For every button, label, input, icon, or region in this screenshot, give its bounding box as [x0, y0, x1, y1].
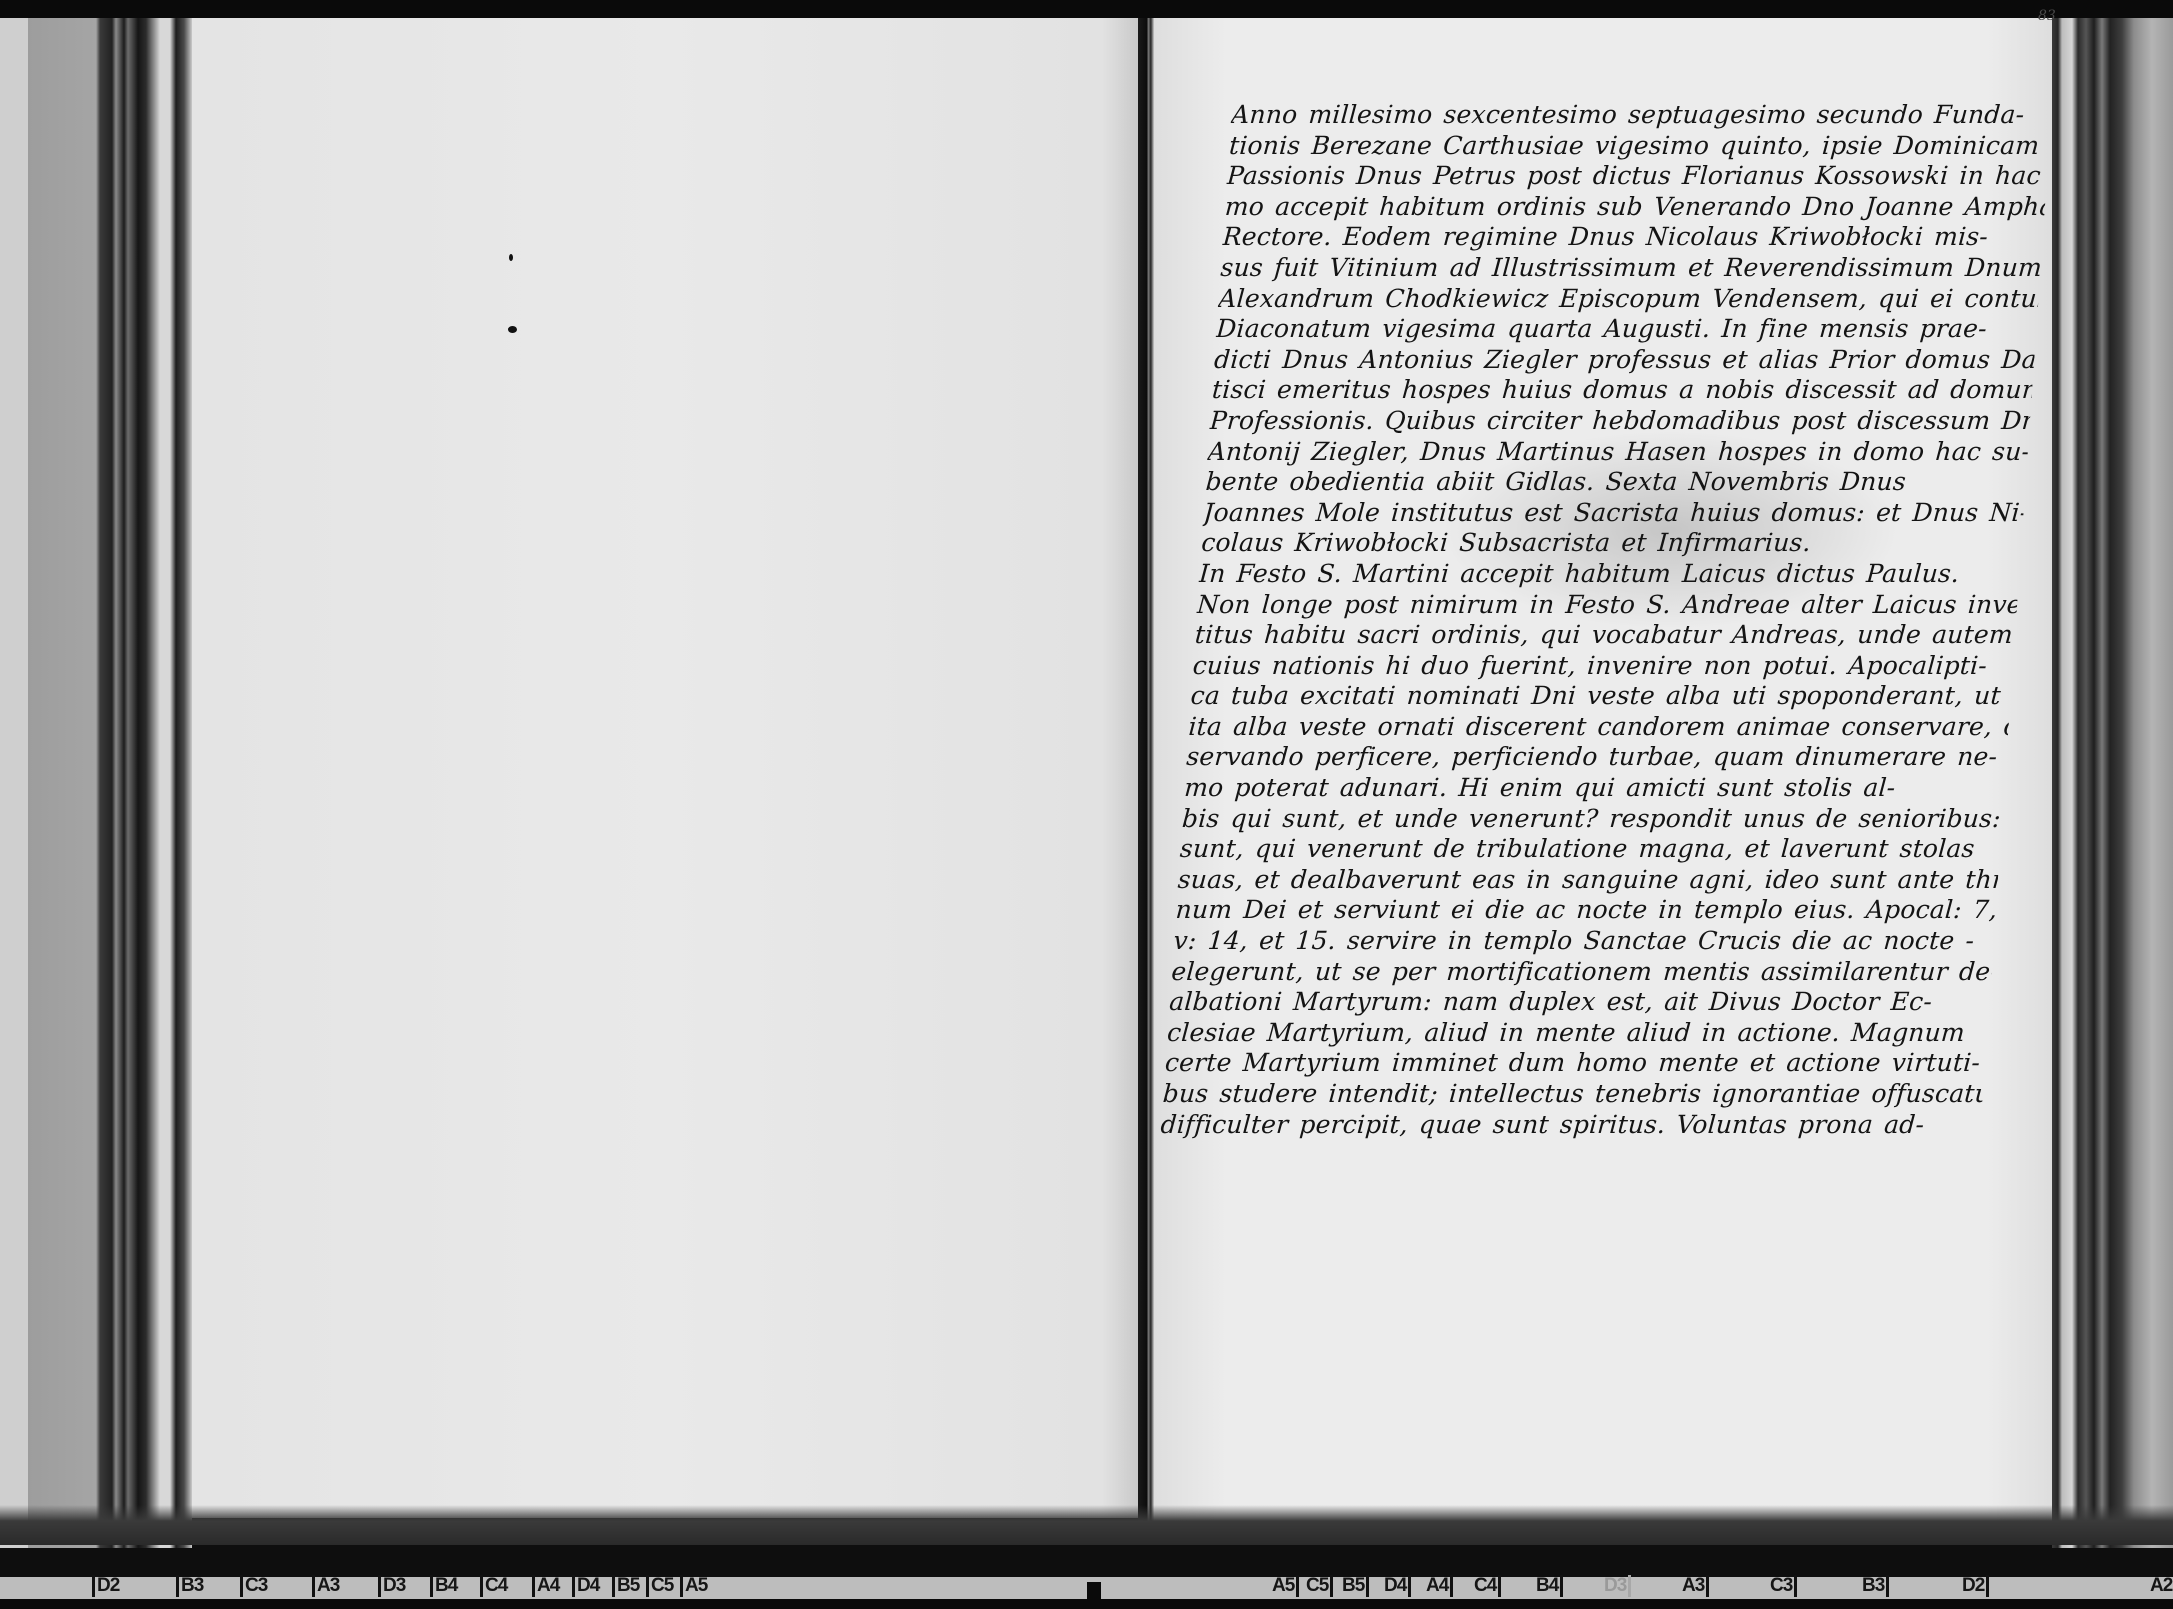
text-line: num Dei et serviunt ei die ac nocte in t…: [1175, 895, 1997, 926]
target-label: B4: [430, 1575, 457, 1597]
ink-spot: [509, 254, 513, 261]
left-page-blank: [192, 18, 1140, 1518]
target-label: D3: [1604, 1575, 1631, 1597]
text-line: difficulter percipit, quae sunt spiritus…: [1160, 1110, 1982, 1141]
text-line: mo accepit habitum ordinis sub Venerando…: [1224, 192, 2046, 223]
target-label: C3: [240, 1575, 267, 1597]
target-label: B3: [1862, 1575, 1889, 1597]
text-line: albationi Martyrum: nam duplex est, ait …: [1168, 987, 1990, 1018]
text-line: cuius nationis hi duo fuerint, invenire …: [1192, 651, 2014, 682]
text-line: Antonij Ziegler, Dnus Martinus Hasen hos…: [1207, 437, 2029, 468]
text-line: clesiae Martyrium, aliud in mente aliud …: [1166, 1018, 1988, 1049]
center-alignment-mark: [1087, 1582, 1101, 1600]
target-label: C5: [646, 1575, 673, 1597]
text-line: bente obedientia abiit Gidlas. Sexta Nov…: [1205, 467, 2027, 498]
target-label: A4: [1426, 1575, 1453, 1597]
target-label: B5: [612, 1575, 639, 1597]
text-line: sunt, qui venerunt de tribulatione magna…: [1179, 834, 2001, 865]
ink-spot: [508, 326, 517, 333]
target-label: C4: [1474, 1575, 1501, 1597]
target-label: A4: [532, 1575, 559, 1597]
scan-top-border: [0, 0, 2173, 18]
manuscript-scan: 83 Anno millesimo sexcentesimo septuages…: [0, 0, 2173, 1609]
text-line: bis qui sunt, et unde venerunt? respondi…: [1181, 804, 2003, 835]
page-bottom-shadow: [0, 1505, 2173, 1545]
manuscript-text: Anno millesimo sexcentesimo septuagesimo…: [1160, 100, 2053, 1140]
target-label: D2: [92, 1575, 119, 1597]
text-line: tionis Berezane Carthusiae vigesimo quin…: [1228, 131, 2050, 162]
text-line: elegerunt, ut se per mortificationem men…: [1170, 957, 1992, 988]
target-label: D4: [572, 1575, 599, 1597]
target-label: A5: [1272, 1575, 1299, 1597]
text-line: titus habitu sacri ordinis, qui vocabatu…: [1194, 620, 2016, 651]
text-line: certe Martyrium imminet dum homo mente e…: [1164, 1048, 1986, 1079]
text-line: Alexandrum Chodkiewicz Episcopum Vendens…: [1217, 284, 2039, 315]
text-line: colaus Kriwobłocki Subsacrista et Infirm…: [1200, 528, 2022, 559]
text-line: Non longe post nimirum in Festo S. Andre…: [1196, 590, 2018, 621]
text-line: tisci emeritus hospes huius domus a nobi…: [1211, 375, 2033, 406]
text-line: Anno millesimo sexcentesimo septuagesimo…: [1230, 100, 2052, 131]
text-line: In Festo S. Martini accepit habitum Laic…: [1198, 559, 2020, 590]
text-line: sus fuit Vitinium ad Illustrissimum et R…: [1220, 253, 2042, 284]
text-line: servando perficere, perficiendo turbae, …: [1185, 742, 2007, 773]
target-label: B4: [1536, 1575, 1563, 1597]
target-label: B5: [1342, 1575, 1369, 1597]
text-line: Joannes Mole institutus est Sacrista hui…: [1202, 498, 2024, 529]
text-line: dicti Dnus Antonius Ziegler professus et…: [1213, 345, 2035, 376]
target-label: D2: [1962, 1575, 1989, 1597]
book-gutter: [1138, 18, 1154, 1533]
target-label: A5: [680, 1575, 707, 1597]
text-line: suas, et dealbaverunt eas in sanguine ag…: [1177, 865, 1999, 896]
right-book-fore-edge: [2052, 18, 2173, 1548]
left-book-fore-edge: [0, 18, 192, 1548]
target-label: C5: [1306, 1575, 1333, 1597]
target-label: D3: [378, 1575, 405, 1597]
scan-bottom-border: [0, 1599, 2173, 1609]
text-line: mo poterat adunari. Hi enim qui amicti s…: [1183, 773, 2005, 804]
text-line: bus studere intendit; intellectus tenebr…: [1162, 1079, 1984, 1110]
text-line: Passionis Dnus Petrus post dictus Floria…: [1226, 161, 2048, 192]
text-line: ita alba veste ornati discerent candorem…: [1187, 712, 2009, 743]
text-line: Diaconatum vigesima quarta Augusti. In f…: [1215, 314, 2037, 345]
text-line: Rectore. Eodem regimine Dnus Nicolaus Kr…: [1222, 222, 2044, 253]
text-line: ca tuba excitati nominati Dni veste alba…: [1190, 681, 2012, 712]
target-label: B3: [176, 1575, 203, 1597]
target-label: A3: [312, 1575, 339, 1597]
target-label: D4: [1384, 1575, 1411, 1597]
text-line: v: 14, et 15. servire in templo Sanctae …: [1172, 926, 1994, 957]
target-label: C3: [1770, 1575, 1797, 1597]
target-label: A3: [1682, 1575, 1709, 1597]
text-line: Professionis. Quibus circiter hebdomadib…: [1209, 406, 2031, 437]
folio-number: 83: [2038, 8, 2056, 24]
target-label: A2: [2148, 1575, 2172, 1597]
target-label: C4: [480, 1575, 507, 1597]
